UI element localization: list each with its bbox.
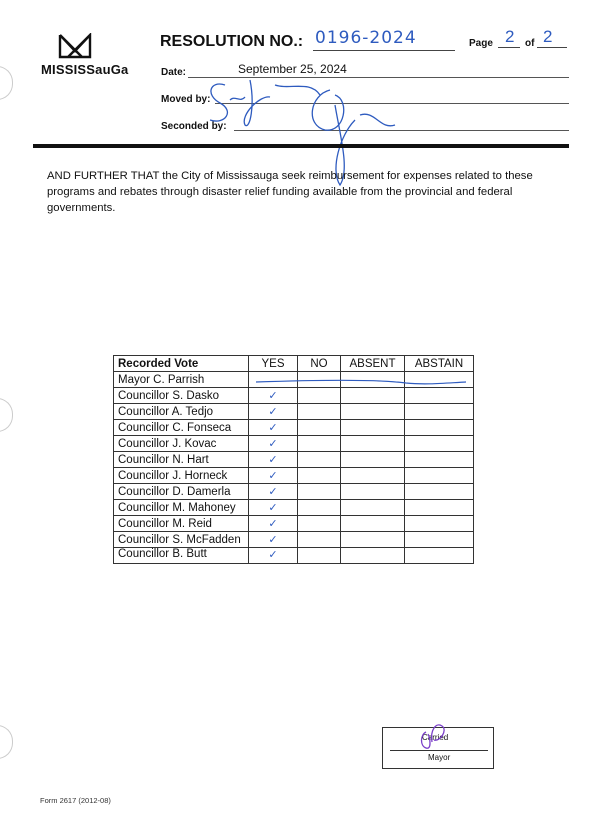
yes-cell: ✓ <box>249 468 298 484</box>
absent-cell <box>341 452 405 468</box>
no-cell <box>298 404 341 420</box>
no-cell <box>298 436 341 452</box>
absent-cell <box>341 388 405 404</box>
col-header-yes: YES <box>249 356 298 372</box>
absent-cell <box>341 532 405 548</box>
table-row: Councillor A. Tedjo✓ <box>114 404 474 420</box>
resolution-line <box>313 50 455 51</box>
member-name: Councillor C. Fonseca <box>114 420 249 436</box>
yes-cell: ✓ <box>249 532 298 548</box>
table-row: Councillor M. Reid✓ <box>114 516 474 532</box>
yes-cell: ✓ <box>249 516 298 532</box>
col-header-absent: ABSENT <box>341 356 405 372</box>
table-row: Councillor C. Fonseca✓ <box>114 420 474 436</box>
member-name: Councillor D. Damerla <box>114 484 249 500</box>
absent-cell <box>341 484 405 500</box>
strikethrough-line-icon <box>256 377 466 387</box>
no-cell <box>298 420 341 436</box>
no-cell <box>298 500 341 516</box>
table-row: Councillor M. Mahoney✓ <box>114 500 474 516</box>
yes-cell: ✓ <box>249 548 298 564</box>
page-label: Page <box>469 38 493 49</box>
page-number: 2 <box>505 27 514 47</box>
resolution-body-text: AND FURTHER THAT the City of Mississauga… <box>47 168 557 216</box>
absent-cell <box>341 404 405 420</box>
abstain-cell <box>405 436 474 452</box>
yes-cell: ✓ <box>249 452 298 468</box>
member-name: Councillor J. Kovac <box>114 436 249 452</box>
abstain-cell <box>405 532 474 548</box>
member-name: Mayor C. Parrish <box>114 372 249 388</box>
col-header-recorded-vote: Recorded Vote <box>114 356 249 372</box>
member-name: Councillor S. McFadden <box>114 532 249 548</box>
resolution-label: RESOLUTION NO.: <box>160 33 303 51</box>
punch-hole <box>0 725 13 759</box>
absent-cell <box>341 468 405 484</box>
yes-cell: ✓ <box>249 484 298 500</box>
member-name: Councillor N. Hart <box>114 452 249 468</box>
col-header-no: NO <box>298 356 341 372</box>
absent-cell <box>341 548 405 564</box>
no-cell <box>298 388 341 404</box>
no-cell <box>298 532 341 548</box>
mississauga-logo-icon <box>58 33 92 59</box>
resolution-number: 0196-2024 <box>315 28 417 48</box>
page-total-line <box>537 47 567 48</box>
abstain-cell <box>405 388 474 404</box>
yes-cell: ✓ <box>249 388 298 404</box>
no-cell <box>298 516 341 532</box>
member-name: Councillor M. Mahoney <box>114 500 249 516</box>
abstain-cell <box>405 516 474 532</box>
member-name: Councillor J. Horneck <box>114 468 249 484</box>
date-value: September 25, 2024 <box>238 62 347 76</box>
logo-text: MISSISSauGa <box>41 62 128 77</box>
col-header-abstain: ABSTAIN <box>405 356 474 372</box>
abstain-cell <box>405 500 474 516</box>
table-row: Councillor J. Horneck✓ <box>114 468 474 484</box>
yes-cell: ✓ <box>249 436 298 452</box>
yes-cell: ✓ <box>249 404 298 420</box>
page-total: 2 <box>543 27 552 47</box>
abstain-cell <box>405 452 474 468</box>
no-cell <box>298 484 341 500</box>
table-row: Councillor J. Kovac✓ <box>114 436 474 452</box>
absent-cell <box>341 436 405 452</box>
member-name: Councillor S. Dasko <box>114 388 249 404</box>
member-name: Councillor B. Butt <box>114 548 249 564</box>
of-label: of <box>525 38 534 49</box>
table-row: Councillor S. McFadden✓ <box>114 532 474 548</box>
mayor-initials-icon <box>418 720 448 752</box>
header-divider <box>33 144 569 148</box>
abstain-cell <box>405 548 474 564</box>
date-label: Date: <box>161 67 186 78</box>
punch-hole <box>0 66 13 100</box>
no-cell <box>298 468 341 484</box>
absent-cell <box>341 516 405 532</box>
abstain-cell <box>405 420 474 436</box>
abstain-cell <box>405 484 474 500</box>
mayor-label: Mayor <box>428 753 450 762</box>
form-number: Form 2617 (2012-08) <box>40 796 111 805</box>
table-row: Councillor D. Damerla✓ <box>114 484 474 500</box>
absent-cell <box>341 500 405 516</box>
yes-cell: ✓ <box>249 420 298 436</box>
abstain-cell <box>405 468 474 484</box>
punch-hole <box>0 398 13 432</box>
yes-cell: ✓ <box>249 500 298 516</box>
no-cell <box>298 452 341 468</box>
member-name: Councillor A. Tedjo <box>114 404 249 420</box>
table-row: Councillor B. Butt✓ <box>114 548 474 564</box>
table-row: Councillor N. Hart✓ <box>114 452 474 468</box>
absent-cell <box>341 420 405 436</box>
member-name: Councillor M. Reid <box>114 516 249 532</box>
table-row: Councillor S. Dasko✓ <box>114 388 474 404</box>
abstain-cell <box>405 404 474 420</box>
no-cell <box>298 548 341 564</box>
page-line <box>498 47 520 48</box>
